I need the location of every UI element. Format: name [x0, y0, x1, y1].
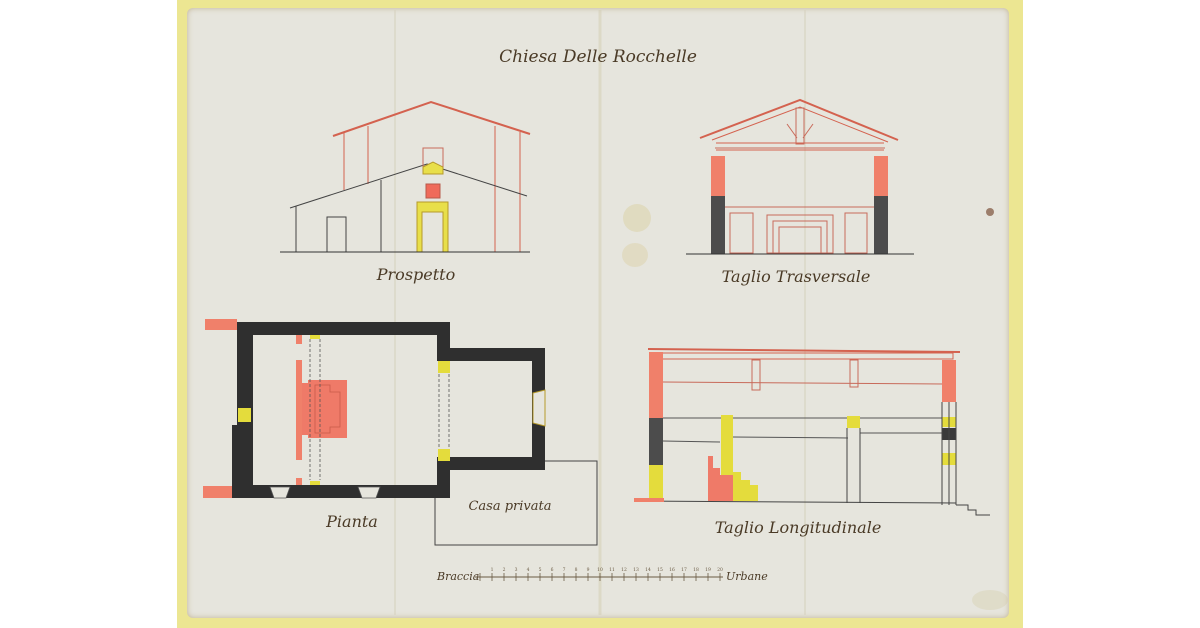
svg-text:6: 6 [551, 567, 554, 573]
scale-ticks [480, 573, 720, 581]
architectural-drawing: Chiesa Delle Rocchelle Prospetto [0, 0, 1200, 628]
taglio-trasversale-section [686, 100, 914, 254]
prospetto-label: Prospetto [376, 265, 455, 284]
svg-text:17: 17 [681, 567, 687, 573]
svg-text:7: 7 [563, 567, 566, 573]
svg-text:5: 5 [539, 567, 542, 573]
taglio-longitudinale-section [634, 349, 990, 515]
svg-text:12: 12 [621, 567, 627, 573]
svg-text:15: 15 [657, 567, 663, 573]
svg-text:3: 3 [515, 567, 518, 573]
svg-text:11: 11 [609, 567, 615, 573]
svg-text:20: 20 [717, 567, 723, 573]
paper-aging [395, 10, 1008, 615]
scale-bar: Braccia 1 2 3 4 5 6 7 8 9 10 11 [436, 567, 768, 583]
prospetto-elevation [280, 102, 530, 252]
svg-text:13: 13 [633, 567, 639, 573]
svg-text:16: 16 [669, 567, 675, 573]
svg-text:8: 8 [575, 567, 578, 573]
svg-text:2: 2 [503, 567, 506, 573]
svg-text:9: 9 [587, 567, 590, 573]
casa-privata-label: Casa privata [468, 499, 551, 514]
taglio-longitudinale-label: Taglio Longitudinale [715, 518, 882, 537]
taglio-trasversale-label: Taglio Trasversale [722, 267, 871, 286]
svg-text:10: 10 [597, 567, 603, 573]
svg-text:14: 14 [645, 567, 651, 573]
svg-text:19: 19 [705, 567, 711, 573]
sheet-title: Chiesa Delle Rocchelle [499, 47, 697, 67]
svg-text:1: 1 [491, 567, 494, 573]
pianta-label: Pianta [325, 512, 378, 531]
svg-text:18: 18 [693, 567, 699, 573]
scale-right-label: Urbane [726, 570, 768, 583]
svg-text:4: 4 [527, 567, 530, 573]
scale-left-label: Braccia [436, 570, 479, 583]
scale-numbers: 1 2 3 4 5 6 7 8 9 10 11 12 13 14 15 16 1… [491, 567, 723, 573]
